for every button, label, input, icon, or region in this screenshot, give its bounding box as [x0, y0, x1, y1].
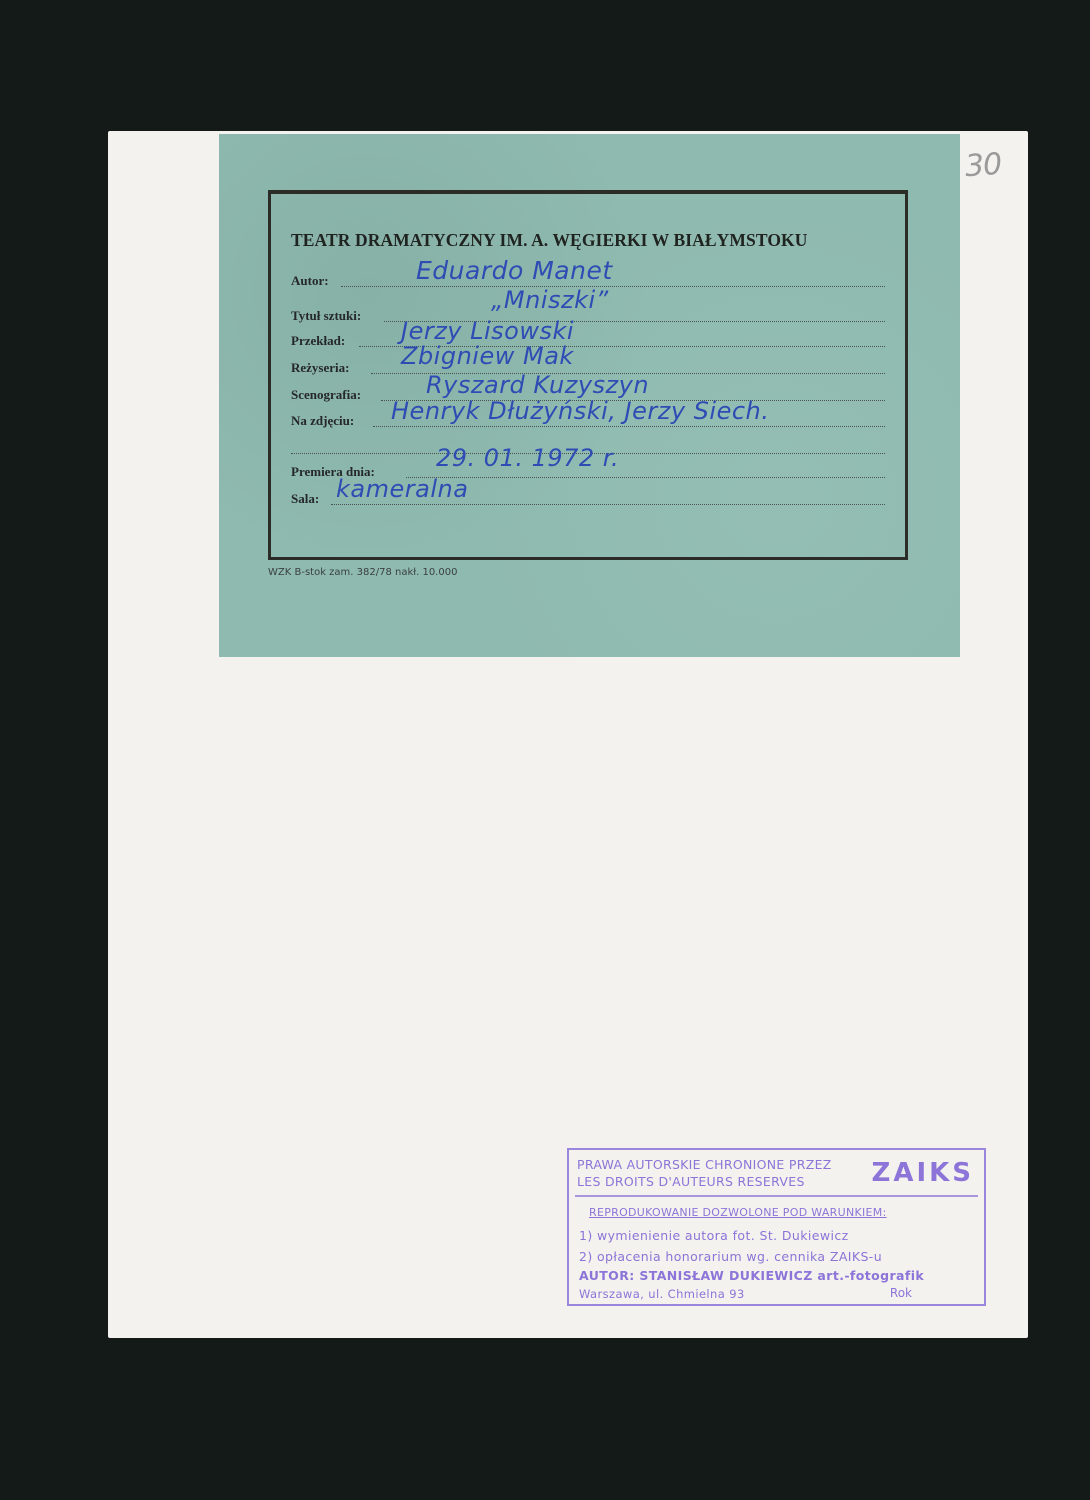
dotted-line: [373, 426, 885, 427]
field-value: Jerzy Lisowski: [401, 317, 574, 345]
stamp-address: Warszawa, ul. Chmielna 93: [579, 1287, 745, 1301]
stamp-line-1: PRAWA AUTORSKIE CHRONIONE PRZEZ: [577, 1156, 832, 1173]
field-translation: Przekład: Jerzy Lisowski: [291, 327, 885, 349]
card-frame: TEATR DRAMATYCZNY IM. A. WĘGIERKI W BIAŁ…: [268, 190, 908, 560]
copyright-stamp: PRAWA AUTORSKIE CHRONIONE PRZEZ LES DROI…: [567, 1148, 986, 1306]
field-value: Ryszard Kuzyszyn: [426, 371, 649, 399]
stamp-line-2: LES DROITS D'AUTEURS RESERVES: [577, 1173, 832, 1190]
field-value: Eduardo Manet: [416, 256, 613, 285]
stamp-item-1: 1) wymienienie autora fot. St. Dukiewicz: [579, 1228, 849, 1243]
stamp-year-label: Rok: [890, 1286, 912, 1300]
field-label: Tytuł sztuki:: [291, 308, 361, 324]
stamp-author: AUTOR: STANISŁAW DUKIEWICZ art.-fotograf…: [579, 1268, 924, 1283]
dotted-line: [341, 286, 885, 287]
stamp-item-2: 2) opłacenia honorarium wg. cennika ZAIK…: [579, 1249, 882, 1264]
page-number: 30: [964, 147, 1003, 184]
field-hall: Sala: kameralna: [291, 485, 885, 507]
theatre-info-card: TEATR DRAMATYCZNY IM. A. WĘGIERKI W BIAŁ…: [219, 134, 960, 657]
field-label: Scenografia:: [291, 387, 361, 403]
field-label: Sala:: [291, 491, 319, 507]
stamp-subheading: REPRODUKOWANIE DOZWOLONE POD WARUNKIEM:: [589, 1206, 887, 1219]
stamp-header: PRAWA AUTORSKIE CHRONIONE PRZEZ LES DROI…: [577, 1156, 832, 1190]
card-title: TEATR DRAMATYCZNY IM. A. WĘGIERKI W BIAŁ…: [291, 230, 808, 251]
stamp-divider: [575, 1195, 978, 1197]
dotted-line: [406, 477, 885, 478]
field-value: kameralna: [336, 475, 468, 503]
field-label: Na zdjęciu:: [291, 413, 354, 429]
stamp-brand: ZAIKS: [871, 1158, 974, 1188]
field-value: „Mniszki”: [491, 286, 609, 314]
field-title: Tytuł sztuki: „Mniszki”: [291, 302, 885, 324]
field-in-photo: Na zdjęciu: Henryk Dłużyński, Jerzy Siec…: [291, 407, 885, 429]
field-value: Henryk Dłużyński, Jerzy Siech.: [391, 397, 769, 425]
field-value: Zbigniew Mak: [401, 342, 574, 370]
print-code: WZK B-stok zam. 382/78 nakł. 10.000: [268, 567, 457, 578]
field-label: Przekład:: [291, 333, 345, 349]
field-value: 29. 01. 1972 r.: [436, 444, 619, 472]
field-label: Autor:: [291, 273, 329, 289]
dotted-line: [331, 504, 885, 505]
field-label: Reżyseria:: [291, 360, 349, 376]
